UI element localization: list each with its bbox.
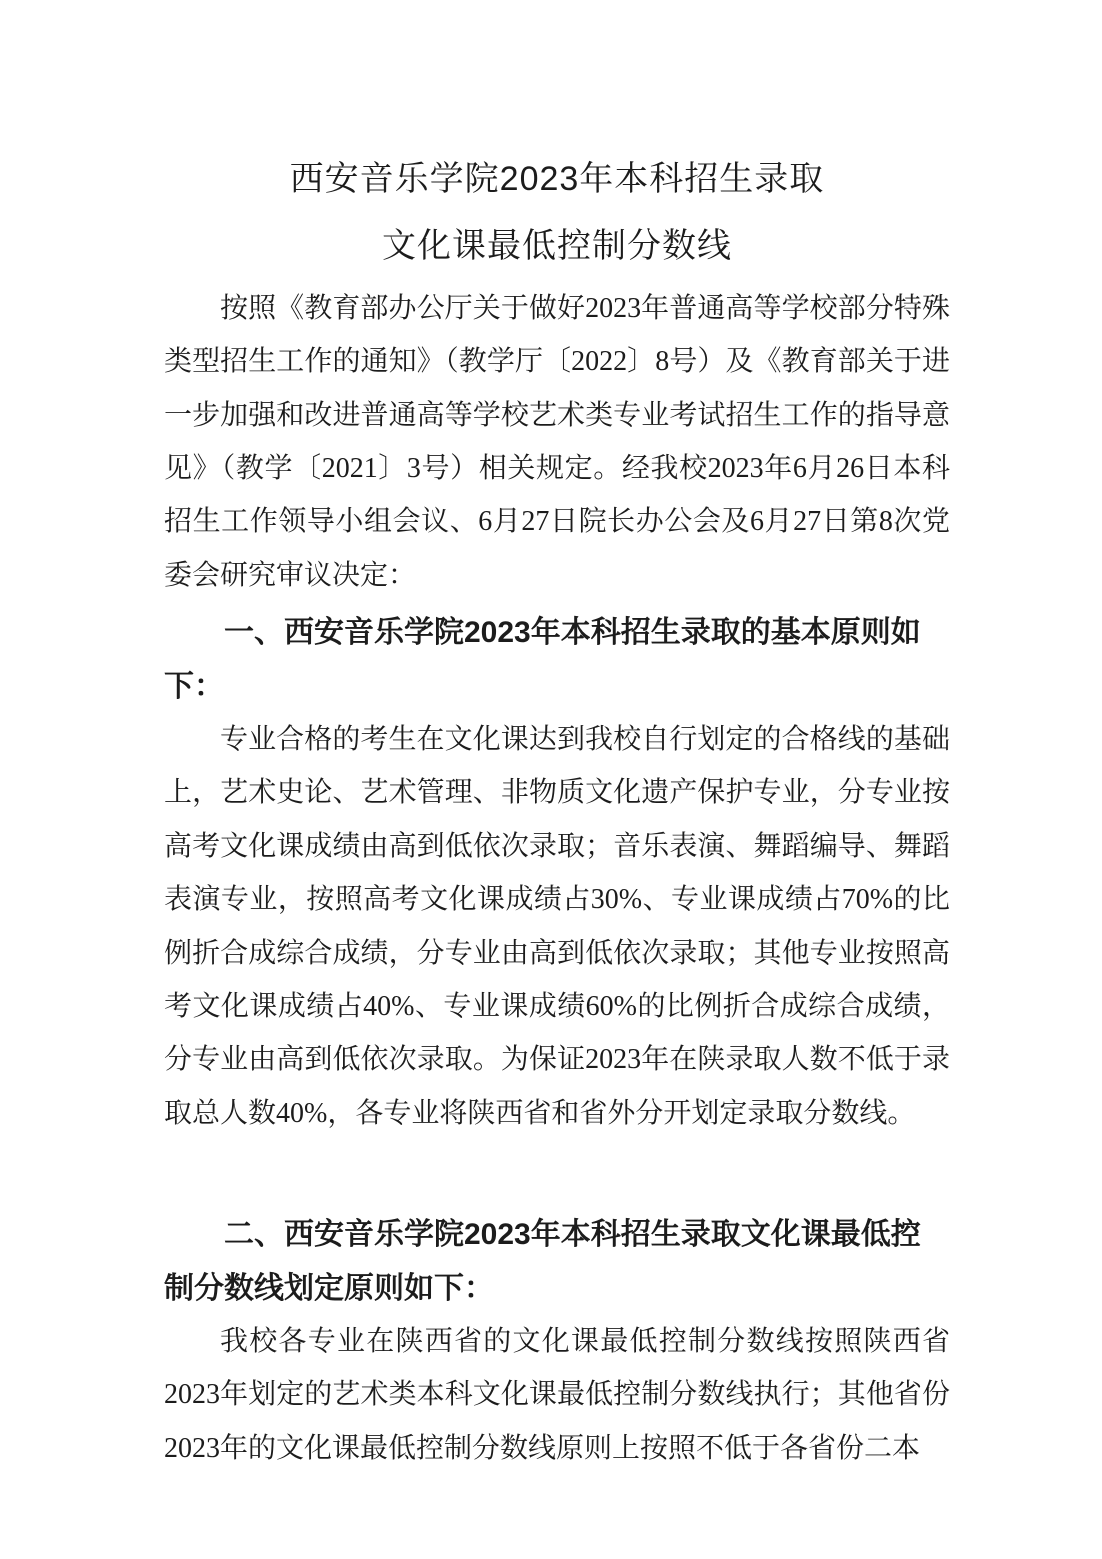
section-2-paragraph: 我校各专业在陕西省的文化课最低控制分数线按照陕西省2023年划定的艺术类本科文化… (164, 1315, 950, 1475)
intro-paragraph: 按照《教育部办公厅关于做好2023年普通高等学校部分特殊类型招生工作的通知》（教… (164, 282, 950, 602)
document-page: 西安音乐学院2023年本科招生录取 文化课最低控制分数线 按照《教育部办公厅关于… (0, 0, 1102, 1559)
section-1-paragraph: 专业合格的考生在文化课达到我校自行划定的合格线的基础上，艺术史论、艺术管理、非物… (164, 713, 950, 1140)
section-1-heading: 一、西安音乐学院2023年本科招生录取的基本原则如下： (164, 606, 950, 713)
document-title-line-1: 西安音乐学院2023年本科招生录取 (164, 146, 950, 213)
document-title-line-2: 文化课最低控制分数线 (164, 213, 950, 280)
blank-line-spacer (164, 1140, 950, 1204)
section-2-heading: 二、西安音乐学院2023年本科招生录取文化课最低控制分数线划定原则如下： (164, 1208, 950, 1315)
document-title: 西安音乐学院2023年本科招生录取 文化课最低控制分数线 (164, 146, 950, 280)
